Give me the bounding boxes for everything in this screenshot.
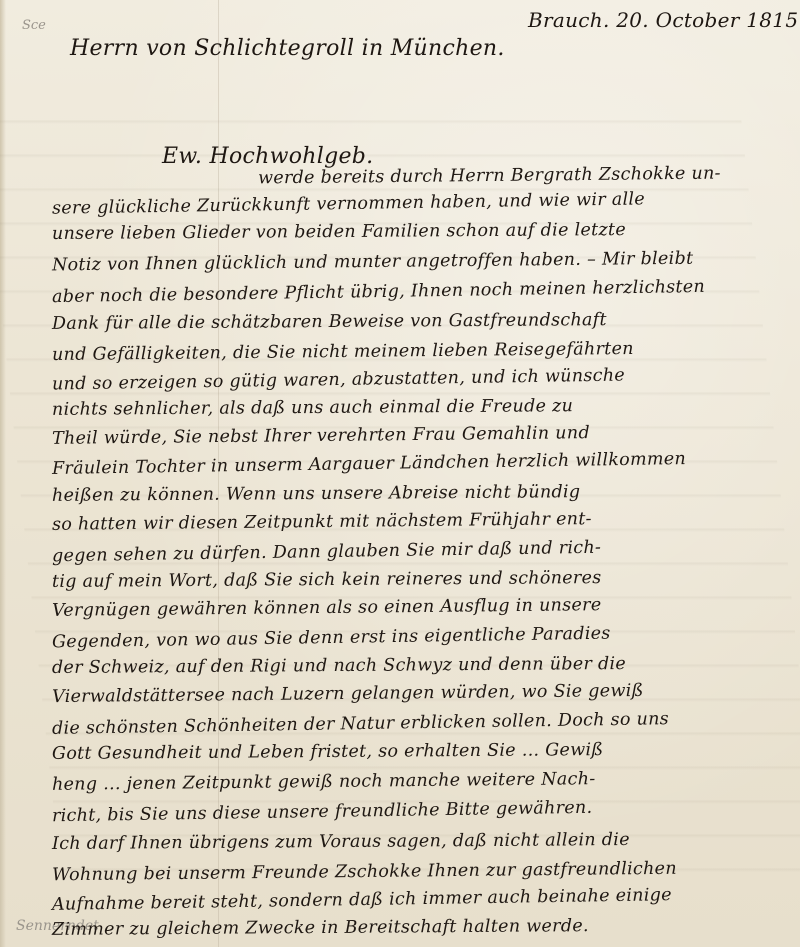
- letter-line: tig auf mein Wort, daß Sie sich kein rei…: [52, 568, 602, 592]
- letter-line: sere glückliche Zurückkunft vernommen ha…: [52, 189, 645, 218]
- letter-line: heng ... jenen Zeitpunkt gewiß noch manc…: [52, 769, 596, 795]
- letter-line: Notiz von Ihnen glücklich und munter ang…: [52, 249, 694, 276]
- letter-line: Zimmer zu gleichem Zwecke in Bereitschaf…: [52, 916, 589, 940]
- letter-line: Vergnügen gewähren können als so einen A…: [52, 595, 602, 621]
- letter-line: nichts sehnlicher, als daß uns auch einm…: [52, 396, 573, 420]
- letter-line: Theil würde, Sie nebst Ihrer verehrten F…: [52, 423, 590, 449]
- addressee-line: Herrn von Schlichtegroll in München.: [70, 36, 505, 61]
- letter-line: unsere lieben Glieder von beiden Familie…: [52, 220, 626, 244]
- archive-mark-top: Sce: [22, 18, 46, 33]
- letter-line: Wohnung bei unserm Freunde Zschokke Ihne…: [52, 859, 677, 886]
- letter-line: heißen zu können. Wenn uns unsere Abreis…: [52, 482, 581, 506]
- letter-line: und Gefälligkeiten, die Sie nicht meinem…: [52, 339, 634, 365]
- letter-line: richt, bis Sie uns diese unsere freundli…: [52, 798, 593, 826]
- letter-page: Sce Sennerndet Brauch. 20. October 1815.…: [0, 0, 800, 947]
- letter-line: Vierwaldstättersee nach Luzern gelangen …: [52, 681, 644, 707]
- letter-line: die schönsten Schönheiten der Natur erbl…: [52, 709, 669, 739]
- letter-line: so hatten wir diesen Zeitpunkt mit nächs…: [52, 509, 592, 535]
- letter-line: Aufnahme bereit steht, sondern daß ich i…: [52, 885, 672, 915]
- letter-line: der Schweiz, auf den Rigi und nach Schwy…: [52, 654, 626, 678]
- letter-line: gegen sehen zu dürfen. Dann glauben Sie …: [52, 538, 601, 567]
- letter-line: und so erzeigen so gütig waren, abzustat…: [52, 366, 625, 395]
- date-line: Brauch. 20. October 1815.: [528, 8, 800, 32]
- letter-line: Fräulein Tochter in unserm Aargauer Länd…: [52, 449, 686, 479]
- letter-line: Dank für alle die schätzbaren Beweise vo…: [52, 310, 607, 334]
- letter-line: Gegenden, von wo aus Sie denn erst ins e…: [52, 624, 611, 653]
- letter-line: werde bereits durch Herrn Bergrath Zscho…: [258, 164, 721, 189]
- paper-edge: [0, 0, 6, 947]
- letter-line: Gott Gesundheit und Leben fristet, so er…: [52, 740, 603, 764]
- letter-line: aber noch die besondere Pflicht übrig, I…: [52, 277, 705, 307]
- salutation: Ew. Hochwohlgeb.: [162, 144, 373, 169]
- letter-line: Ich darf Ihnen übrigens zum Voraus sagen…: [52, 830, 630, 854]
